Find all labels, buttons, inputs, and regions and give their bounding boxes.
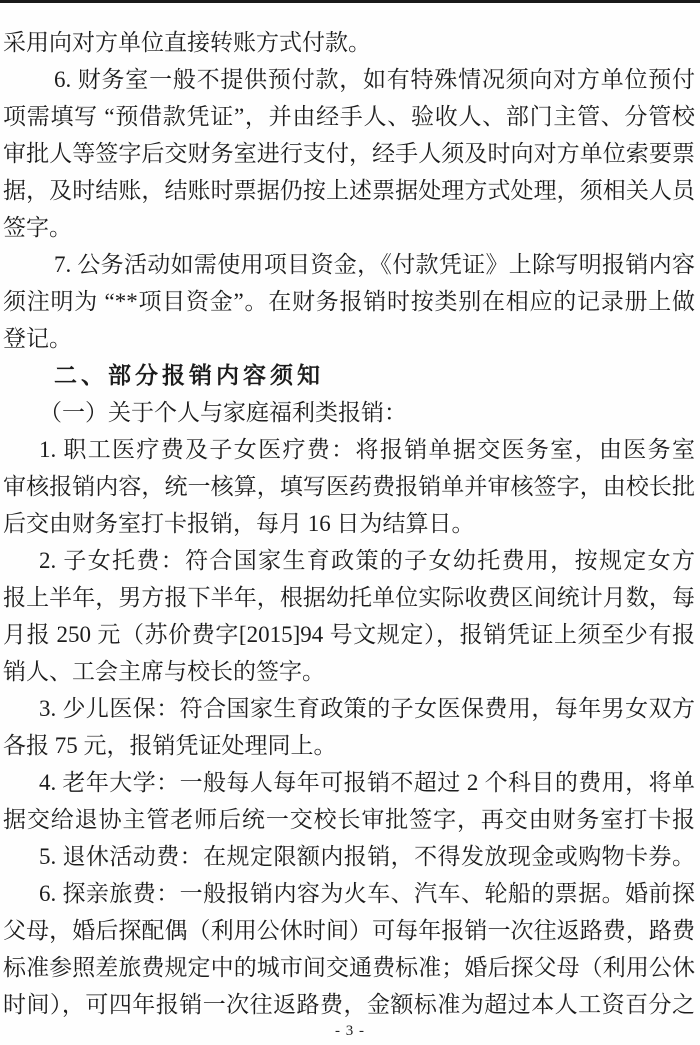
document-line: 审批人等签字后交财务室进行支付，经手人须及时向对方单位索要票 [3,135,695,172]
document-line: 采用向对方单位直接转账方式付款。 [3,24,695,61]
document-line: 后交由财务室打卡报销，每月 16 日为结算日。 [3,505,695,542]
document-line: 5. 退休活动费：在规定限额内报销，不得发放现金或购物卡券。 [3,838,695,875]
page-number: - 3 - [0,1021,700,1041]
document-line: 据，及时结账，结账时票据仍按上述票据处理方式处理，须相关人员 [3,172,695,209]
document-line: 6. 财务室一般不提供预付款，如有特殊情况须向对方单位预付款 [3,61,695,98]
document-line: 标准参照差旅费规定中的城市间交通费标准；婚后探父母（利用公休 [3,949,695,986]
document-line: 时间），可四年报销一次往返路费，金额标准为超过本人工资百分之三 [3,986,695,1023]
section-heading: 二、部分报销内容须知 [3,357,695,394]
document-line: 1. 职工医疗费及子女医疗费：将报销单据交医务室，由医务室 [3,431,695,468]
document-line: 据交给退协主管老师后统一交校长审批签字，再交由财务室打卡报销。 [3,801,695,838]
document-line: 4. 老年大学：一般每人每年可报销不超过 2 个科目的费用，将单 [3,764,695,801]
document-text: 采用向对方单位直接转账方式付款。6. 财务室一般不提供预付款，如有特殊情况须向对… [3,24,695,1023]
document-line: 6. 探亲旅费：一般报销内容为火车、汽车、轮船的票据。婚前探 [3,875,695,912]
document-line: 报上半年，男方报下半年，根据幼托单位实际收费区间统计月数，每 [3,579,695,616]
scan-top-edge-artifact [0,0,700,3]
document-line: 3. 少儿医保：符合国家生育政策的子女医保费用，每年男女双方 [3,690,695,727]
document-line: 项需填写 “预借款凭证”，并由经手人、验收人、部门主管、分管校长、 [3,98,695,135]
document-line: 须注明为 “**项目资金”。在财务报销时按类别在相应的记录册上做好 [3,283,695,320]
document-line: （一）关于个人与家庭福利类报销： [3,394,695,431]
document-line: 登记。 [3,320,695,357]
document-line: 2. 子女托费：符合国家生育政策的子女幼托费用，按规定女方 [3,542,695,579]
document-line: 审核报销内容，统一核算，填写医药费报销单并审核签字，由校长批复 [3,468,695,505]
document-line: 销人、工会主席与校长的签字。 [3,653,695,690]
document-line: 7. 公务活动如需使用项目资金，《付款凭证》上除写明报销内容外， [3,246,695,283]
document-line: 签字。 [3,209,695,246]
document-line: 各报 75 元，报销凭证处理同上。 [3,727,695,764]
document-line: 月报 250 元（苏价费字[2015]94 号文规定），报销凭证上须至少有报 [3,616,695,653]
document-page: 采用向对方单位直接转账方式付款。6. 财务室一般不提供预付款，如有特殊情况须向对… [0,0,700,1045]
document-line: 父母，婚后探配偶（利用公休时间）可每年报销一次往返路费，路费 [3,912,695,949]
